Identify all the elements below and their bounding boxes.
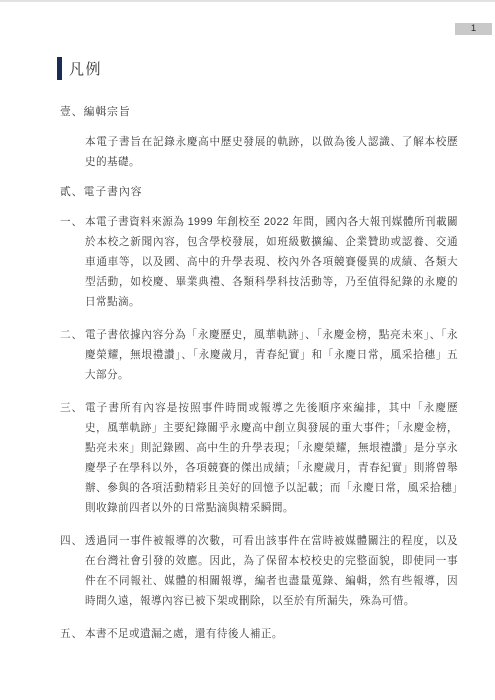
section-1-header: 壹、編輯宗旨 [60,105,458,119]
item-text: 透過同一事件被報導的次數，可看出該事件在當時被媒體關注的程度，以及在台灣社會引發… [85,531,458,611]
list-item-5: 五、 本書不足或遺漏之處，還有待後人補正。 [60,624,458,644]
page-top-edge [0,0,495,2]
heading-accent-bar [57,57,62,80]
page-number-badge: 1 [455,23,492,35]
item-number: 三、 [60,398,85,518]
section-1-paragraph: 本電子書旨在記錄永慶高中歷史發展的軌跡，以做為後人認識、了解本校歷史的基礎。 [85,132,458,172]
list-item-1: 一、 本電子書資料來源為 1999 年創校至 2022 年間，國內各大報刊媒體所… [60,212,458,312]
page-heading: 凡例 [57,57,102,80]
item-number: 二、 [60,325,85,385]
item-text: 本電子書資料來源為 1999 年創校至 2022 年間，國內各大報刊媒體所刊載關… [85,212,458,312]
item-number: 四、 [60,531,85,611]
list-item-3: 三、 電子書所有內容是按照事件時間或報導之先後順序來編排，其中「永慶歷史，風華軌… [60,398,458,518]
section-2-header: 貳、電子書內容 [60,185,458,199]
heading-text: 凡例 [69,58,102,79]
item-text: 本書不足或遺漏之處，還有待後人補正。 [85,624,458,644]
item-number: 一、 [60,212,85,312]
list-item-2: 二、 電子書依據內容分為「永慶歷史，風華軌跡」、「永慶金榜，點亮未來」、「永慶榮… [60,325,458,385]
document-content: 壹、編輯宗旨 本電子書旨在記錄永慶高中歷史發展的軌跡，以做為後人認識、了解本校歷… [60,105,458,644]
item-number: 五、 [60,624,85,644]
list-item-4: 四、 透過同一事件被報導的次數，可看出該事件在當時被媒體關注的程度，以及在台灣社… [60,531,458,611]
item-text: 電子書依據內容分為「永慶歷史，風華軌跡」、「永慶金榜，點亮未來」、「永慶榮耀，無… [85,325,458,385]
item-text: 電子書所有內容是按照事件時間或報導之先後順序來編排，其中「永慶歷史，風華軌跡」主… [85,398,458,518]
